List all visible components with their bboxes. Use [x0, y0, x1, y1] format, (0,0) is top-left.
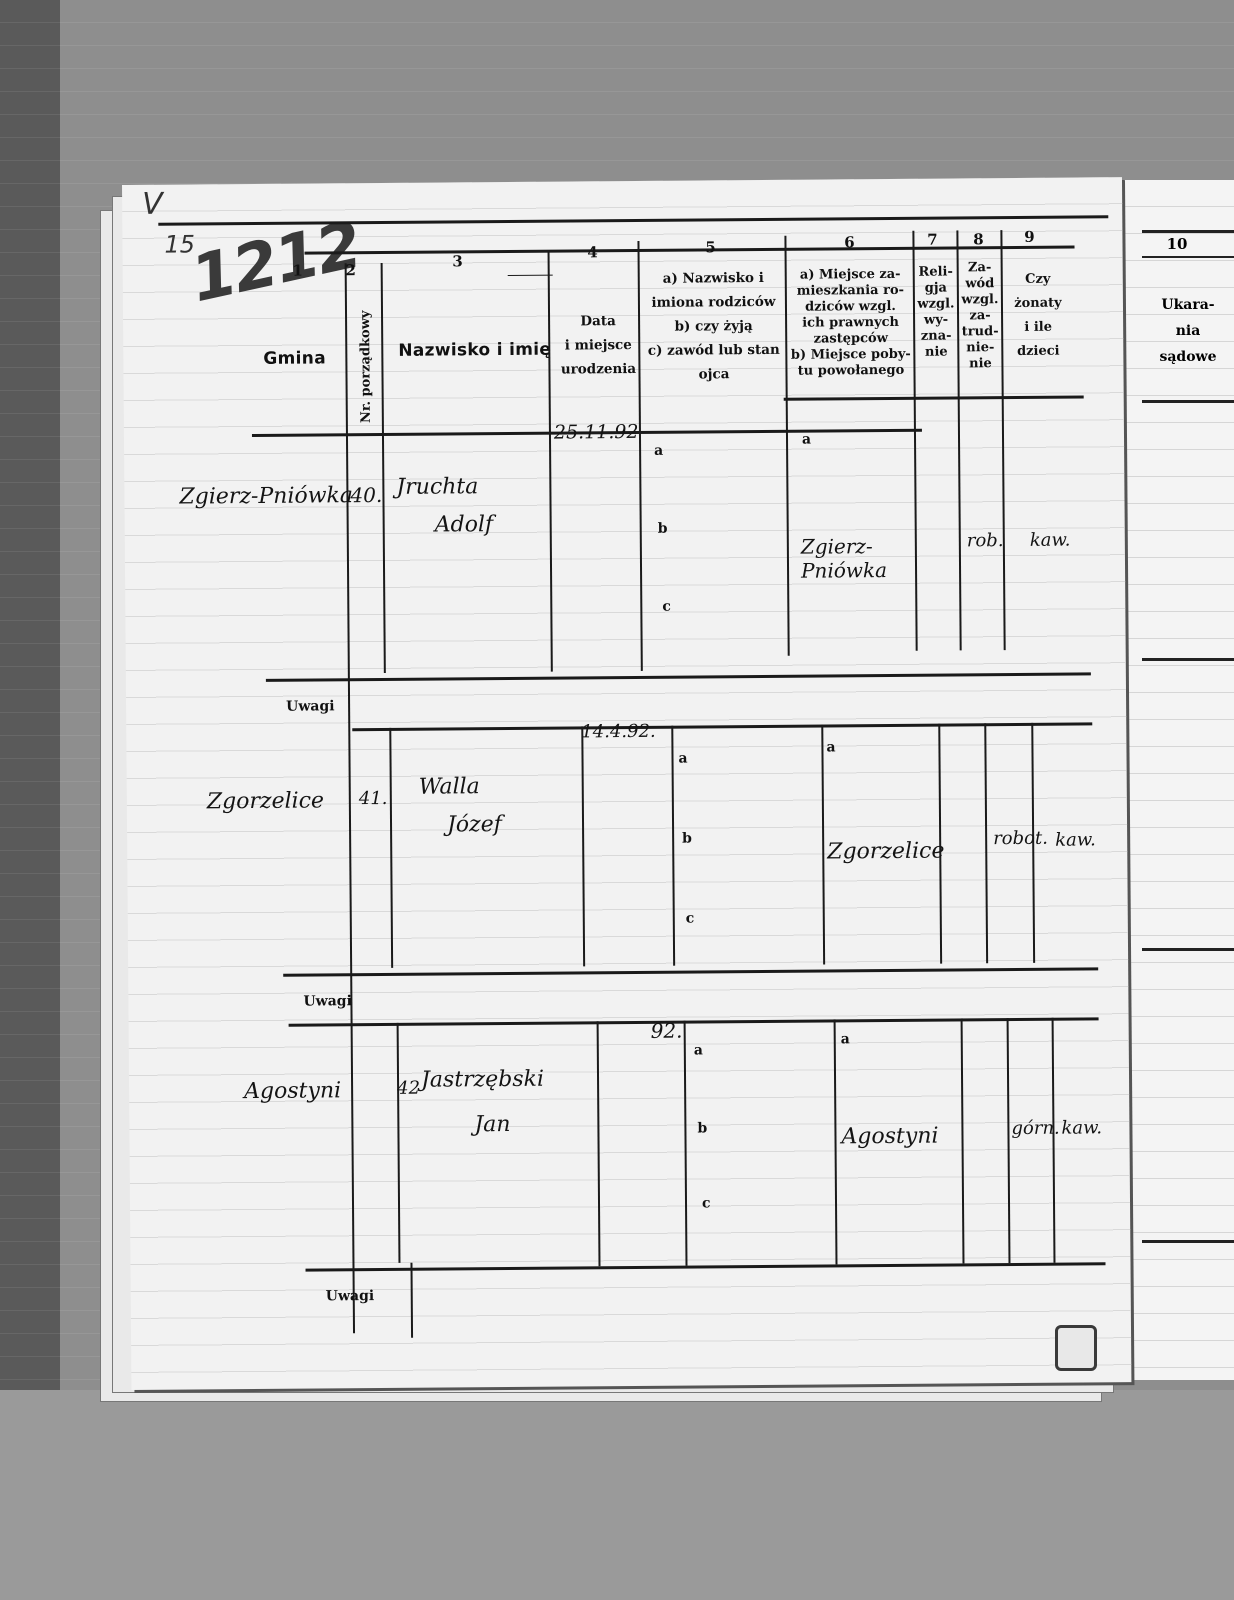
remarks-label: Uwagi — [326, 1288, 375, 1304]
column-header-occupation: Za- wód wzgl. za- trud- nie- nie — [959, 260, 1002, 372]
column-number-4: 4 — [582, 243, 602, 261]
column-number-10: 10 — [1120, 235, 1234, 253]
header-line: wód — [959, 276, 1001, 292]
header-line: i miejsce — [553, 333, 643, 358]
column-header-gmina: Gmina — [263, 348, 326, 368]
header-line: zna- — [915, 328, 957, 344]
sub-c: c — [662, 599, 671, 615]
header-line: Za- — [959, 260, 1001, 276]
entry-2-surname: Walla — [419, 774, 480, 799]
header-line: a) Miejsce za- — [788, 267, 913, 284]
column-rule — [548, 252, 553, 672]
column-header-residence: a) Miejsce za- mieszkania ro- dziców wzg… — [788, 267, 914, 380]
header-line: wy- — [915, 312, 957, 328]
header-line: żonaty — [1003, 292, 1073, 317]
header-line: sądowe — [1142, 344, 1234, 370]
header-line: b) czy żyją — [641, 314, 786, 339]
column-number-8: 8 — [968, 230, 988, 248]
sub-a: a — [826, 739, 835, 755]
sub-b: b — [697, 1120, 707, 1136]
header-bottom-rule — [784, 395, 1084, 400]
header-line: urodzenia — [553, 357, 643, 382]
column-rule — [1052, 1018, 1056, 1263]
entry-3-birth: 92. — [651, 1019, 683, 1043]
entry-1-occupation: rob. — [967, 530, 1004, 551]
column-header-10: Ukara- nia sądowe — [1142, 292, 1234, 370]
entry-1-given-name: Adolf — [435, 512, 494, 537]
sub-c: c — [686, 911, 695, 927]
entry-3-nr: 42 — [397, 1078, 420, 1099]
column-number-5: 5 — [700, 238, 720, 256]
header-line: tu powołanego — [788, 363, 913, 380]
column-rule — [389, 728, 393, 968]
sub-a: a — [654, 443, 663, 459]
sub-c: c — [702, 1195, 711, 1211]
row-rule — [289, 1017, 1099, 1026]
entry-3-gmina: Agostyni — [244, 1078, 341, 1104]
column-rule — [961, 1018, 965, 1263]
header-line: nie — [915, 344, 957, 360]
column-number-9: 9 — [1019, 228, 1039, 246]
header-line: imiona rodziców — [641, 290, 786, 315]
entry-3-occupation: górn. — [1011, 1118, 1059, 1139]
rule — [1142, 658, 1234, 661]
entry-1-gmina: Zgierz-Pniówka — [179, 483, 353, 509]
header-line: ojca — [641, 362, 786, 387]
rule — [1142, 948, 1234, 951]
header-line: nie- — [959, 340, 1001, 356]
header-line: Ukara- — [1142, 292, 1234, 318]
column-number-7: 7 — [922, 231, 942, 249]
header-line: b) Miejsce poby- — [788, 347, 913, 364]
entry-1-surname: Jruchta — [396, 474, 478, 500]
entry-2-birth: 14.4.92. — [581, 721, 656, 743]
column-number-3: 3 — [448, 252, 468, 270]
row-rule — [266, 672, 1091, 681]
entry-2-residence: Zgorzelice — [827, 839, 944, 865]
entry-1-birth: 25.11.92 — [554, 421, 639, 444]
header-line: i ile — [1003, 316, 1073, 341]
entry-2-col9: kaw. — [1055, 829, 1096, 850]
entry-2-gmina: Zgorzelice — [207, 788, 324, 814]
binder-tab — [1055, 1325, 1097, 1371]
column-rule — [597, 1021, 601, 1266]
header-line: trud- — [959, 324, 1001, 340]
rule — [1142, 230, 1234, 233]
entry-1-nr: 40. — [350, 483, 382, 507]
sub-a: a — [802, 432, 811, 448]
entry-1-col9: kaw. — [1030, 530, 1071, 551]
header-line: wzgl. — [915, 296, 957, 312]
header-line: za- — [959, 308, 1001, 324]
entry-1-residence: Zgierz-Pniówka — [801, 534, 911, 583]
header-line: gja — [915, 280, 957, 296]
header-line: nie — [959, 356, 1001, 372]
scan-background-bottom — [0, 1390, 1234, 1600]
row-rule — [306, 1262, 1106, 1271]
column-rule — [671, 726, 675, 966]
header-line: zastępców — [788, 331, 913, 348]
sub-a: a — [678, 751, 687, 767]
remarks-label: Uwagi — [286, 698, 335, 714]
column-header-name: Nazwisko i imię — [398, 340, 551, 361]
entry-3-residence: Agostyni — [841, 1124, 938, 1150]
remarks-label: Uwagi — [303, 993, 352, 1009]
column-number-6: 6 — [839, 233, 859, 251]
column-rule — [834, 1019, 838, 1264]
registry-sheet: V 15 1212 1 2 3 4 5 6 7 8 9 Gmina Nr. po… — [122, 177, 1131, 1390]
sub-a: a — [841, 1031, 850, 1047]
column-number-2: 2 — [341, 261, 361, 279]
column-rule — [1007, 1018, 1011, 1263]
entry-3-surname: Jastrzębski — [421, 1067, 544, 1093]
column-rule — [381, 263, 386, 673]
header-line: Reli- — [915, 264, 957, 280]
column-rule — [581, 726, 585, 966]
header-line: dzieci — [1003, 340, 1073, 365]
header-line: wzgl. — [959, 292, 1001, 308]
sub-b: b — [658, 521, 668, 537]
column-header-birth: Data i miejsce urodzenia — [553, 309, 644, 382]
column-rule — [984, 723, 988, 963]
sub-b: b — [682, 831, 692, 847]
row-rule — [283, 967, 1098, 976]
header-line: Data — [553, 309, 643, 334]
header-top-rule — [305, 246, 1075, 255]
entry-2-occupation: robot. — [993, 828, 1048, 849]
column-rule — [397, 1023, 401, 1263]
entry-3-col9: kaw. — [1061, 1117, 1102, 1138]
sub-a: a — [694, 1042, 703, 1058]
header-line: mieszkania ro- — [788, 283, 913, 300]
header-line: ich prawnych — [788, 315, 913, 332]
margin-mark: V — [142, 187, 163, 222]
adjacent-page: 10 Ukara- nia sądowe — [1120, 180, 1234, 1380]
column-header-nr: Nr. porządkowy — [358, 293, 374, 423]
header-line: nia — [1142, 318, 1234, 344]
column-rule — [410, 1263, 413, 1338]
header-line: dziców wzgl. — [788, 299, 913, 316]
entry-2-given-name: Józef — [447, 812, 502, 837]
entry-3-given-name: Jan — [474, 1112, 510, 1137]
column-rule — [345, 263, 355, 1333]
column-header-parents: a) Nazwisko i imiona rodziców b) czy żyj… — [641, 266, 787, 387]
column-rule — [684, 1021, 688, 1266]
entry-2-nr: 41. — [359, 788, 388, 809]
rule — [508, 275, 553, 276]
column-header-religion: Reli- gja wzgl. wy- zna- nie — [915, 264, 958, 360]
header-line: a) Nazwisko i — [641, 266, 786, 291]
row-rule — [352, 722, 1092, 731]
header-line: c) zawód lub stan — [641, 338, 786, 363]
column-number-1: 1 — [288, 262, 308, 280]
header-line: Czy — [1003, 268, 1073, 293]
rule — [1142, 256, 1234, 258]
column-rule — [821, 725, 825, 965]
rule — [1142, 400, 1234, 403]
column-header-married: Czy żonaty i ile dzieci — [1003, 268, 1074, 365]
rule — [1142, 1240, 1234, 1243]
